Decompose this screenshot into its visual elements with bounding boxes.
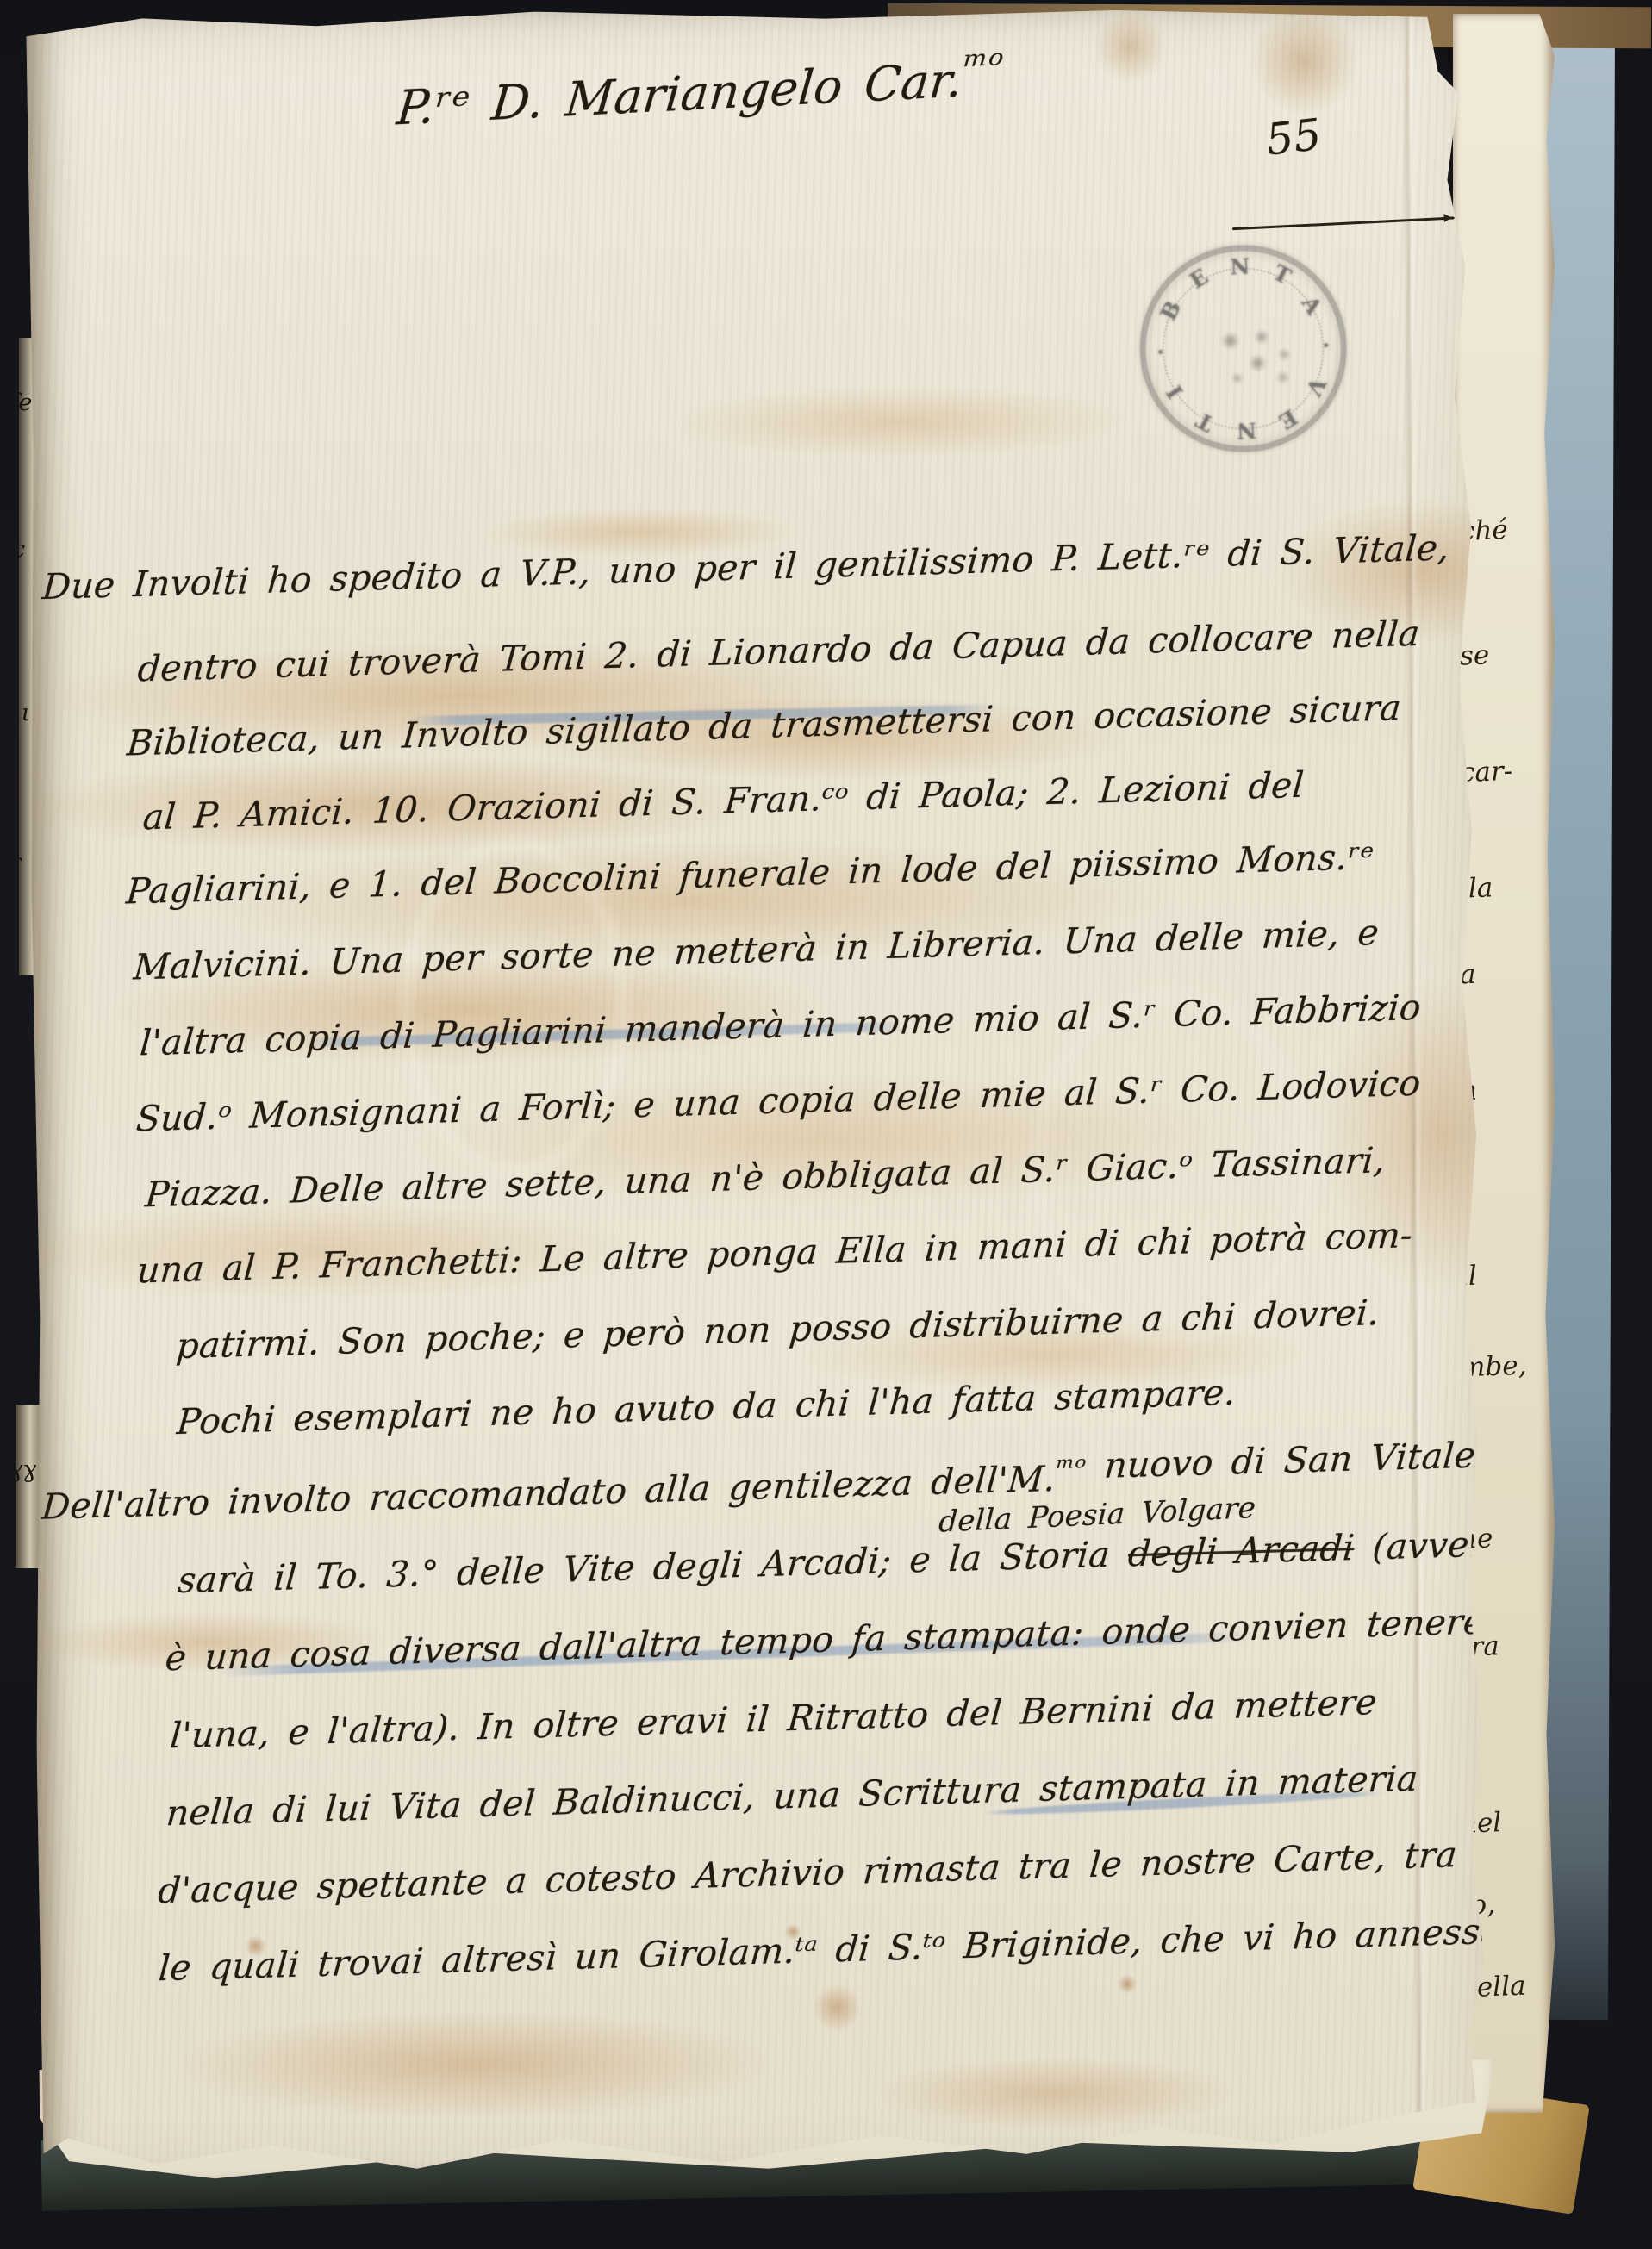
line13-text-a: Dell'altro involto raccomandato alla gen…	[41, 1458, 1057, 1528]
page-number: 55	[1263, 109, 1324, 165]
stamp-ring-mark: N	[1237, 418, 1257, 444]
letter-line-14: sarà il To. 3.° delle Vite degli Arcadi;…	[177, 1520, 1595, 1601]
letter-line-16: l'una, e l'altra). In oltre eravi il Rit…	[169, 1681, 1379, 1756]
stamp-ring-mark: ·	[1148, 348, 1173, 357]
letter-line-19: le quali trovai altresì un Girolam.ᵗᵃ di…	[157, 1909, 1513, 1989]
salutation-text: P.ʳᵉ D. Mariangelo Car.	[395, 52, 965, 135]
letter-line-7: l'altra copia di Pagliarini manderà in n…	[139, 987, 1423, 1064]
letter-line-8: Sud.ᵒ Monsignani a Forlì; e una copia de…	[134, 1062, 1422, 1140]
letter-line-3: Biblioteca, un Involto sigillato da tras…	[126, 687, 1403, 763]
archival-scan-background: { "doc": { "kind": "handwritten manuscri…	[0, 0, 1652, 2249]
letter-line-11: patirmi. Son poche; e però non posso dis…	[175, 1292, 1381, 1367]
text-fragment: ʃe	[19, 389, 32, 416]
text-fragment: ιι	[19, 700, 30, 726]
letter-line-12: Pochi esemplari ne ho avuto da chi l'ha …	[175, 1372, 1237, 1442]
letter-line-18: d'acque spettante a cotesto Archivio rim…	[157, 1834, 1459, 1911]
letter-line-5: Pagliarini, e 1. del Boccolini funerale …	[125, 836, 1375, 913]
letter-line-1: Due Involti ho spedito a V.P., uno per i…	[41, 526, 1451, 607]
letter-line-4: al P. Amici. 10. Orazioni di S. Fran.ᶜᵒ …	[141, 764, 1306, 838]
line14-struck-text: degli Arcadi	[1126, 1527, 1356, 1574]
salutation: P.ʳᵉ D. Mariangelo Car.ᵐᵒ	[395, 40, 1006, 136]
text-fragment: ɣɣ	[16, 1456, 36, 1483]
manuscript-page: P.ʳᵉ D. Mariangelo Car.ᵐᵒ 55 E N T A · V…	[26, 6, 1491, 2186]
line13-raised-text: nuovo di San Vitale	[1084, 1434, 1477, 1486]
line14-text-a: sarà il To. 3.° delle Vite degli Arcadi;…	[177, 1533, 1131, 1601]
letter-line-2: dentro cui troverà Tomi 2. di Lionardo d…	[136, 613, 1421, 690]
stamp-ring-mark: ·	[1313, 341, 1338, 350]
letter-line-17: nella di lui Vita del Baldinucci, una Sc…	[165, 1758, 1419, 1835]
line13-superscript: ᵐᵒ	[1055, 1450, 1088, 1486]
gutter-previous-leaf-edge: ɣɣ	[16, 1405, 41, 1568]
letter-line-15: è una cosa diversa dall'altra tempo fa s…	[164, 1600, 1486, 1679]
text-fragment: se	[1459, 639, 1490, 671]
library-ink-stamp: E N T A · V E N T I · B	[1108, 214, 1378, 483]
letter-line-10: una al P. Franchetti: Le altre ponga Ell…	[135, 1214, 1414, 1291]
letter-line-9: Piazza. Delle altre sette, una n'è obbli…	[144, 1139, 1387, 1215]
stamp-ring-mark: N	[1230, 254, 1250, 280]
salutation-superscript: ᵐᵒ	[962, 40, 1006, 90]
letter-line-13: Dell'altro involto raccomandato alla gen…	[41, 1440, 1477, 1528]
text-fragment: c	[19, 536, 25, 563]
letter-line-6: Malvicini. Una per sorte ne metterà in L…	[132, 912, 1381, 987]
